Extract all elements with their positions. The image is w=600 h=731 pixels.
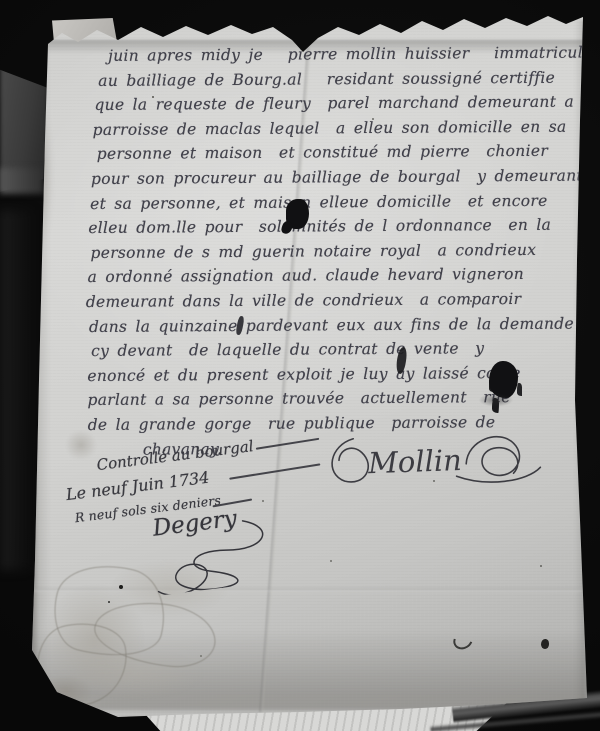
- text-line: parroisse de maclas lequel a elleu son d…: [93, 114, 585, 142]
- mollin-signature: Mollin: [315, 420, 552, 498]
- text-line: cy devant de laquelle du contrat de vent…: [91, 336, 586, 364]
- flourish-left: [331, 438, 369, 482]
- text-line: demeurant dans la ville de condrieux a c…: [86, 286, 586, 314]
- mollin-signature-text: Mollin: [367, 443, 463, 480]
- text-line: dans la quinzaine pardevant eux aux fins…: [89, 311, 586, 339]
- ink-dot: [541, 639, 549, 649]
- flourish-right: [465, 436, 520, 477]
- text-line: pour son procureur au bailliage de bourg…: [91, 163, 585, 191]
- text-line: au bailliage de Bourg.al residant soussi…: [98, 65, 584, 93]
- text-line: elleu dom.lle pour solemnités de l ordon…: [88, 213, 585, 241]
- ink-blot: [489, 361, 518, 398]
- background-object-edge: [0, 168, 44, 194]
- pen-dash: [256, 438, 320, 450]
- pen-dash: [229, 463, 320, 479]
- text-line: et sa personne, et maison elleue domicil…: [90, 188, 585, 216]
- manuscript-paper: juin apres midy je pierre mollin huissie…: [0, 0, 600, 731]
- text-line: juin apres midy je pierre mollin huissie…: [108, 41, 584, 69]
- ink-blot: [286, 199, 309, 229]
- text-line: personne de s md guerin notaire royal a …: [90, 237, 585, 265]
- paper-specks: [0, 0, 2, 2]
- text-line: que la requeste de fleury parel marchand…: [94, 90, 584, 118]
- text-line: personne et maison et constitué md pierr…: [97, 139, 585, 167]
- photo-stage: juin apres midy je pierre mollin huissie…: [0, 0, 600, 731]
- text-line: a ordonné assignation aud. claude hevard…: [88, 262, 586, 290]
- control-annotation: Controllé au bourgal Le neuf Juin 1734 R…: [55, 424, 341, 606]
- background-shadow: [0, 210, 42, 570]
